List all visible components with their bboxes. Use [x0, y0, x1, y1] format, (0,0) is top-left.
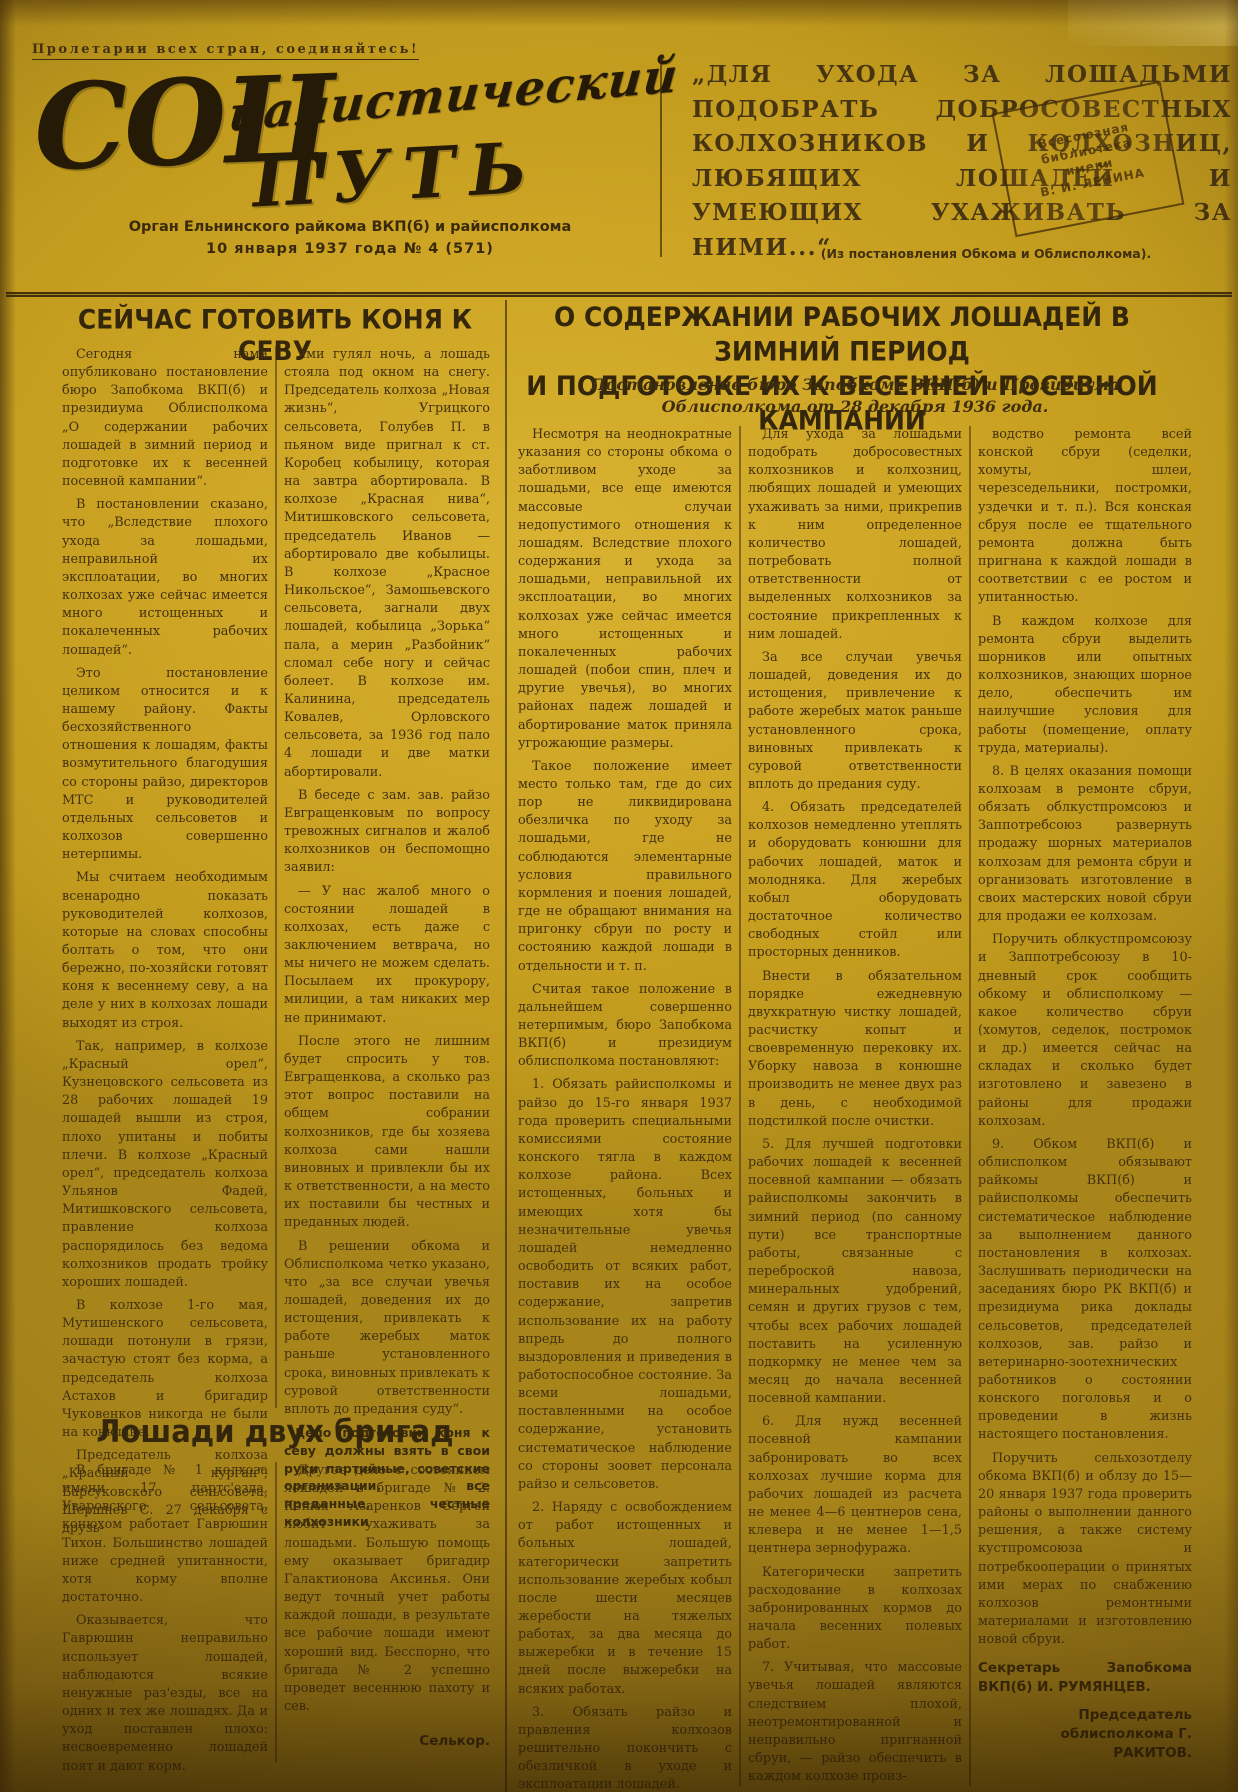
paragraph: Считая такое положение в дальнейшем сове…: [518, 981, 732, 1072]
paragraph: В бригаде № 1 колхоза имени 17 партс'езд…: [62, 1462, 268, 1607]
article-resolution-columns: Несмотря на неоднократные указания со ст…: [518, 426, 1208, 1786]
column-divider: [275, 1462, 277, 1762]
paragraph: Другое дело с состоянием лошадей в брига…: [284, 1462, 490, 1716]
page-edge-highlight: [1068, 0, 1238, 46]
masthead-title-put: ПУТЬ: [250, 132, 542, 217]
paragraph: Поручить сельхозотделу обкома ВКП(б) и о…: [978, 1450, 1192, 1650]
masthead-quote-divider: [660, 55, 662, 257]
resolution-col1: Несмотря на неоднократные указания со ст…: [518, 426, 732, 1786]
paragraph: Для ухода за лошадьми подобрать добросов…: [748, 426, 962, 644]
paragraph: В решении обкома и Облисполкома четко ук…: [284, 1238, 490, 1420]
paragraph: За все случаи увечья лошадей, доведения …: [748, 649, 962, 794]
paragraph: Категорически запретить расходование в к…: [748, 1564, 962, 1655]
paragraph: водство ремонта всей конской сбруи (седе…: [978, 426, 1192, 608]
article-sev-col2: ями гулял ночь, а лошадь стояла под окно…: [284, 346, 490, 1408]
article-brigades-col1: В бригаде № 1 колхоза имени 17 партс'езд…: [62, 1462, 268, 1762]
paragraph: 3. Обязать райзо и правления колхозов ре…: [518, 1704, 732, 1792]
paragraph: Внести в обязательном порядке ежедневную…: [748, 968, 962, 1131]
paragraph: После этого не лишним будет спросить у т…: [284, 1033, 490, 1233]
paragraph: Несмотря на неоднократные указания со ст…: [518, 426, 732, 753]
left-main-divider: [505, 300, 507, 1792]
top-rule: [6, 292, 1232, 297]
paragraph: 8. В целях оказания помощи колхозам в ре…: [978, 763, 1192, 926]
paragraph: 5. Для лучшей подготовки рабочих лошадей…: [748, 1136, 962, 1408]
paragraph: Мы считаем необходимым всенародно показа…: [62, 869, 268, 1032]
paragraph: В каждом колхозе для ремонта сбруи выдел…: [978, 613, 1192, 758]
paragraph: 7. Учитывая, что массовые увечья лошадей…: [748, 1659, 962, 1786]
article-brigades-columns: В бригаде № 1 колхоза имени 17 партс'езд…: [62, 1462, 498, 1762]
resolution-subtitle: Постановление бюро Запобкома ВКП(б) и Пр…: [530, 374, 1180, 417]
paragraph: 9. Обком ВКП(б) и облисполком обязывают …: [978, 1136, 1192, 1445]
paragraph: Оказывается, что Гаврюшин неправильно ис…: [62, 1612, 268, 1775]
paragraph: В постановлении сказано, что „Вследствие…: [62, 496, 268, 659]
selkor-signature: Селькор.: [284, 1732, 490, 1751]
paragraph: Поручить облкустпромсоюзу и Заппотребсою…: [978, 931, 1192, 1131]
paragraph: — У нас жалоб много о состоянии лошадей …: [284, 883, 490, 1028]
organ-line: Орган Ельнинского райкома ВКП(б) и райис…: [120, 219, 580, 235]
article-brigades-col2: Другое дело с состоянием лошадей в брига…: [284, 1462, 490, 1762]
paragraph: Это постановление целиком относится и к …: [62, 665, 268, 865]
paragraph: Такое положение имеет место только там, …: [518, 758, 732, 976]
paragraph: 6. Для нужд весенней посевной кампании з…: [748, 1413, 962, 1558]
quote-attribution: (Из постановления Обкома и Облисполкома)…: [740, 246, 1232, 261]
newspaper-page: Пролетарии всех стран, соединяйтесь! СОЦ…: [0, 0, 1238, 1792]
paragraph: 1. Обязать райисполкомы и райзо до 15-го…: [518, 1076, 732, 1494]
secretary-signature: Секретарь Запобкома ВКП(б) И. РУМЯНЦЕВ.: [978, 1659, 1192, 1697]
column-divider: [739, 426, 741, 1786]
paragraph: 2. Наряду с освобождением от работ истощ…: [518, 1499, 732, 1699]
headline-resolution-line1: О СОДЕРЖАНИИ РАБОЧИХ ЛОШАДЕЙ В ЗИМНИЙ ПЕ…: [518, 300, 1166, 369]
resolution-col3-text: водство ремонта всей конской сбруи (седе…: [978, 426, 1192, 1649]
headline-brigades: Лошади двух бригад: [58, 1413, 492, 1450]
resolution-col3: водство ремонта всей конской сбруи (седе…: [978, 426, 1192, 1786]
paragraph: ями гулял ночь, а лошадь стояла под окно…: [284, 346, 490, 782]
paragraph: Сегодня нами опубликовано постановление …: [62, 346, 268, 491]
column-divider: [969, 426, 971, 1786]
paragraph: 4. Обязать председателей колхозов немедл…: [748, 799, 962, 962]
article-sev-col1: Сегодня нами опубликовано постановление …: [62, 346, 268, 1408]
headline-resolution: О СОДЕРЖАНИИ РАБОЧИХ ЛОШАДЕЙ В ЗИМНИЙ ПЕ…: [518, 300, 1166, 438]
resolution-col2: Для ухода за лошадьми подобрать добросов…: [748, 426, 962, 1786]
chairman-signature: Председатель облисполкома Г. РАКИТОВ.: [978, 1706, 1192, 1763]
paragraph: Так, например, в колхозе „Красный орел“,…: [62, 1038, 268, 1292]
article-brigades-col2-text: Другое дело с состоянием лошадей в брига…: [284, 1462, 490, 1716]
paragraph: В беседе с зам. зав. райзо Евгращенковым…: [284, 787, 490, 878]
article-sev-columns: Сегодня нами опубликовано постановление …: [62, 346, 498, 1408]
column-divider: [275, 346, 277, 1408]
date-issue-line: 10 января 1937 года № 4 (571): [120, 241, 580, 257]
